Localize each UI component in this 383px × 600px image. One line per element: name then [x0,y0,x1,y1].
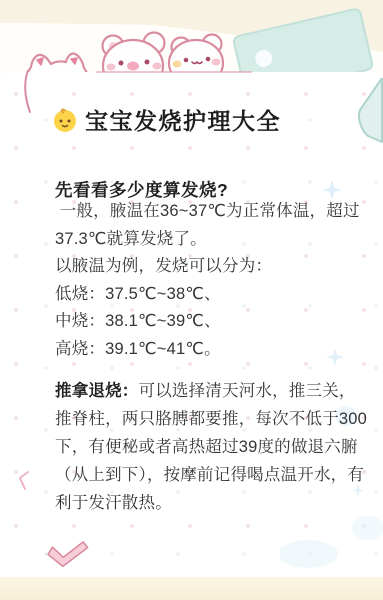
body-line: 以腋温为例，发烧可以分为： [55,253,355,281]
body-line: 低烧：37.5℃~38℃、 [55,281,355,309]
checkmark-decoration-large [44,538,92,569]
section2-paragraph: 推拿退烧：可以选择清天河水，推三关， 推脊柱，两只胳膊都要推，每次不低于300 … [55,377,357,517]
card-edge-line [96,71,252,73]
body-line: 利于发汗散热。 [55,489,357,517]
body-line: 下，有便秘或者高热超过39度的做退六腑 [55,433,357,461]
title-text: 宝宝发烧护理大全 [85,103,281,136]
body-line: 中烧：38.1℃~39℃、 [55,308,355,336]
body-line: 推拿退烧：可以选择清天河水，推三关， [55,377,357,405]
bottom-cream-band [0,577,383,600]
body-line: 高烧：39.1℃~41℃。 [55,336,355,364]
section2-heading: 推拿退烧： [55,382,139,400]
section2-text: 可以选择清天河水，推三关， [139,382,356,400]
infographic-card: 宝宝发烧护理大全 先看看多少度算发烧? 一般，腋温在36~37℃为正常体温，超过… [0,0,383,600]
section1-body: 一般，腋温在36~37℃为正常体温，超过 37.3℃就算发烧了。 以腋温为例，发… [55,198,355,363]
baby-emoji-icon [52,107,78,133]
body-line: 推脊柱，两只胳膊都要推，每次不低于300 [55,405,357,433]
checkmark-decoration-small [16,470,34,492]
body-line: （从上到下），按摩前记得喝点温开水，有 [55,461,357,489]
cat-body-outline [20,70,40,114]
body-line: 37.3℃就算发烧了。 [55,226,355,254]
teal-corner-decoration [353,78,383,144]
page-title: 宝宝发烧护理大全 [52,103,281,136]
body-line: 一般，腋温在36~37℃为正常体温，超过 [55,198,355,226]
